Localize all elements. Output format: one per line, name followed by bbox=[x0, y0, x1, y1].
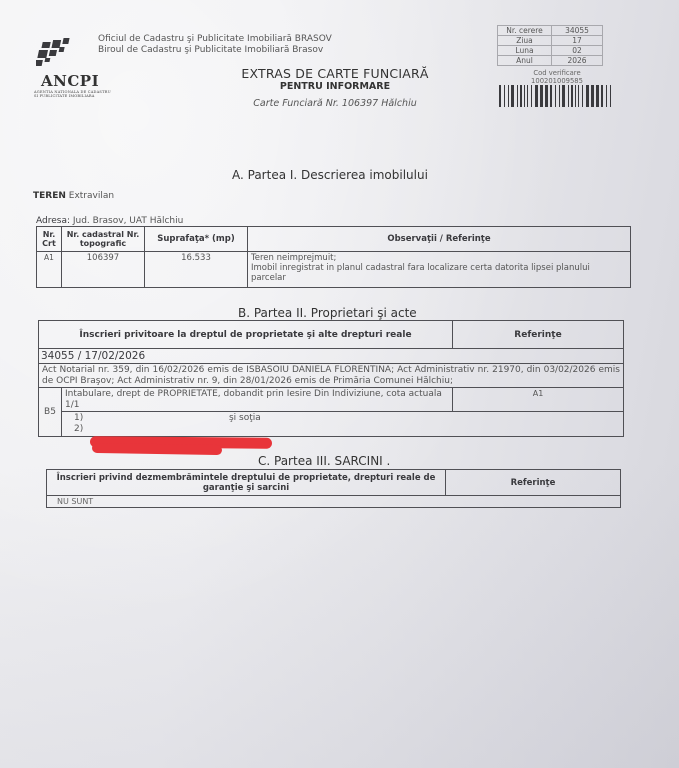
entry-id: 34055 / 17/02/2026 bbox=[39, 349, 624, 364]
document-title-block: EXTRAS DE CARTE FUNCIARĂ PENTRU INFORMAR… bbox=[210, 66, 460, 109]
owners-row: 1) şi soţia 2) bbox=[39, 412, 624, 437]
property-type-main: TEREN bbox=[33, 191, 66, 201]
logo-tiles-icon bbox=[36, 36, 76, 70]
request-value: 34055 bbox=[552, 26, 603, 36]
request-value: 2026 bbox=[552, 56, 603, 66]
request-value: 02 bbox=[552, 46, 603, 56]
entry-acts: Act Notarial nr. 359, din 16/02/2026 emi… bbox=[39, 364, 624, 388]
table-row: A1 106397 16.533 Teren neimprejmuit; Imo… bbox=[37, 252, 631, 288]
address-label: Adresa: bbox=[36, 216, 70, 226]
owner-index: 2) bbox=[74, 424, 83, 434]
owner-1: 1) şi soţia bbox=[74, 413, 620, 424]
owner-suffix: şi soţia bbox=[226, 413, 261, 423]
property-description-table: Nr. Crt Nr. cadastral Nr. topografic Sup… bbox=[36, 226, 631, 288]
header-referinte: Referinţe bbox=[446, 470, 621, 496]
redaction-mark bbox=[92, 443, 222, 455]
document-title: EXTRAS DE CARTE FUNCIARĂ bbox=[210, 66, 460, 81]
verification-code: 100201009585 bbox=[497, 78, 617, 86]
part-b-title: B. Partea II. Proprietari şi acte bbox=[238, 306, 417, 320]
part-c-title: C. Partea III. SARCINI . bbox=[258, 454, 390, 468]
barcode-icon bbox=[499, 85, 613, 107]
inscription-code: B5 bbox=[39, 388, 62, 437]
header-nr-cadastral: Nr. cadastral Nr. topografic bbox=[62, 227, 145, 252]
office-line-1: Oficiul de Cadastru şi Publicitate Imobi… bbox=[98, 34, 332, 45]
owners-list: 1) şi soţia 2) bbox=[62, 412, 624, 437]
request-row: Ziua17 bbox=[498, 36, 603, 46]
logo-brand: ANCPI bbox=[41, 72, 99, 90]
table-row: B5 Intabulare, drept de PROPRIETATE, dob… bbox=[39, 388, 624, 412]
request-info-table: Nr. cerere34055 Ziua17 Luna02 Anul2026 bbox=[497, 25, 603, 66]
inscription-reference: A1 bbox=[453, 388, 624, 412]
request-value: 17 bbox=[552, 36, 603, 46]
document-subtitle: PENTRU INFORMARE bbox=[210, 81, 460, 92]
encumbrances-table: Înscrieri privind dezmembrămintele drept… bbox=[46, 469, 621, 508]
header-sarcini: Înscrieri privind dezmembrămintele drept… bbox=[47, 470, 446, 496]
office-line-2: Biroul de Cadastru şi Publicitate Imobil… bbox=[98, 45, 332, 56]
carte-funciara-number: Carte Funciară Nr. 106397 Hălchiu bbox=[210, 98, 460, 109]
header-nr-crt: Nr. Crt bbox=[37, 227, 62, 252]
request-label: Luna bbox=[498, 46, 552, 56]
address-value: Jud. Brasov, UAT Hălchiu bbox=[70, 216, 183, 226]
office-names: Oficiul de Cadastru şi Publicitate Imobi… bbox=[98, 34, 332, 56]
header-inscrieri: Înscrieri privitoare la dreptul de propr… bbox=[39, 321, 453, 349]
part-a-title: A. Partea I. Descrierea imobilului bbox=[232, 168, 428, 182]
cell-suprafata: 16.533 bbox=[145, 252, 248, 288]
property-address: Adresa: Jud. Brasov, UAT Hălchiu bbox=[36, 216, 183, 226]
ancpi-logo: ANCPI Agentia Nationala de Cadastru si P… bbox=[34, 36, 104, 106]
header-observatii: Observaţii / Referinţe bbox=[248, 227, 631, 252]
request-row: Luna02 bbox=[498, 46, 603, 56]
owners-table: Înscrieri privitoare la dreptul de propr… bbox=[38, 320, 624, 437]
cell-nr-crt: A1 bbox=[37, 252, 62, 288]
request-row: Anul2026 bbox=[498, 56, 603, 66]
property-type: TEREN Extravilan bbox=[33, 191, 114, 201]
header-referinte: Referinţe bbox=[453, 321, 624, 349]
owner-index: 1) bbox=[74, 413, 83, 423]
cell-nr-cadastral: 106397 bbox=[62, 252, 145, 288]
sarcini-value: NU SUNT bbox=[47, 496, 621, 508]
owner-2: 2) bbox=[74, 424, 620, 435]
logo-subtitle: Agentia Nationala de Cadastru si Publici… bbox=[34, 90, 112, 99]
header-suprafata: Suprafaţa* (mp) bbox=[145, 227, 248, 252]
request-row: Nr. cerere34055 bbox=[498, 26, 603, 36]
property-type-rest: Extravilan bbox=[66, 191, 114, 201]
request-label: Nr. cerere bbox=[498, 26, 552, 36]
request-label: Ziua bbox=[498, 36, 552, 46]
verification-block: Cod verificare 100201009585 bbox=[497, 70, 617, 85]
inscription-text: Intabulare, drept de PROPRIETATE, doband… bbox=[62, 388, 453, 412]
cell-observatii: Teren neimprejmuit; Imobil inregistrat i… bbox=[248, 252, 631, 288]
request-label: Anul bbox=[498, 56, 552, 66]
